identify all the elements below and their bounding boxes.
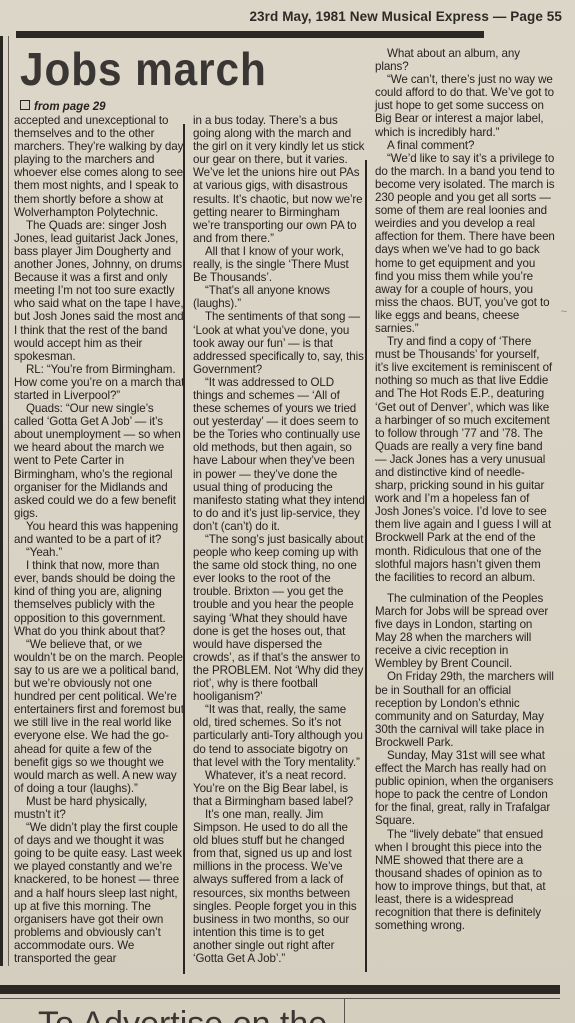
article-paragraph: A final comment? bbox=[375, 139, 555, 152]
article-headline: Jobs march bbox=[20, 44, 342, 94]
next-item-heading: To Advertise on the bbox=[38, 1004, 327, 1023]
article-paragraph: All that I know of your work, really, is… bbox=[193, 245, 365, 284]
article-paragraph: “The song’s just basically about people … bbox=[193, 533, 365, 703]
article-paragraph: “We’d like to say it’s a privilege to do… bbox=[375, 152, 555, 335]
column-divider bbox=[365, 160, 367, 972]
article-paragraph: “It was addressed to OLD things and sche… bbox=[193, 376, 365, 533]
bottom-column-divider bbox=[344, 999, 345, 1023]
continuation-text: from page 29 bbox=[34, 101, 106, 113]
article-paragraph: in a bus today. There’s a bus going alon… bbox=[193, 114, 365, 245]
article-paragraph: “We didn’t play the first couple of days… bbox=[14, 821, 186, 965]
article-paragraph: “It was that, really, the same old, tire… bbox=[193, 703, 365, 768]
margin-pen-mark: ~ bbox=[561, 306, 567, 318]
bottom-thin-rule bbox=[0, 998, 560, 999]
article-paragraph: The “lively debate” that ensued when I b… bbox=[375, 828, 555, 933]
article-paragraph: You heard this was happening and wanted … bbox=[14, 520, 186, 546]
article-paragraph: “We believe that, or we wouldn’t be on t… bbox=[14, 638, 186, 795]
article-column-3: What about an album, any plans?“We can’t… bbox=[375, 47, 555, 932]
running-head: 23rd May, 1981 New Musical Express — Pag… bbox=[190, 9, 562, 24]
article-paragraph: What about an album, any plans? bbox=[375, 47, 555, 73]
article-paragraph: “We can’t, there’s just no way we could … bbox=[375, 73, 555, 138]
article-paragraph: The sentiments of that song — ‘Look at w… bbox=[193, 310, 365, 375]
article-paragraph: I think that now, more than ever, bands … bbox=[14, 559, 186, 638]
article-paragraph: Try and find a copy of ‘There must be Th… bbox=[375, 335, 555, 584]
page-edge-rule bbox=[0, 36, 3, 966]
article-paragraph: Sunday, May 31st will see what effect th… bbox=[375, 749, 555, 828]
column-divider bbox=[183, 124, 185, 974]
article-paragraph: Quads: “Our new single’s called ‘Gotta G… bbox=[14, 402, 186, 520]
article-paragraph: Whatever, it’s a neat record. You’re on … bbox=[193, 769, 365, 808]
article-paragraph: The Quads are: singer Josh Jones, lead g… bbox=[14, 219, 186, 363]
continuation-note: from page 29 bbox=[20, 100, 106, 113]
article-column-1: accepted and unexceptional to themselves… bbox=[14, 114, 186, 965]
article-paragraph: “That’s all anyone knows (laughs).” bbox=[193, 284, 365, 310]
page-edge-thin-rule bbox=[8, 36, 9, 966]
top-rule bbox=[16, 31, 484, 38]
bottom-rule bbox=[0, 985, 560, 994]
article-paragraph: “Yeah.” bbox=[14, 546, 186, 559]
article-paragraph: On Friday 29th, the marchers will be in … bbox=[375, 670, 555, 749]
article-column-2: in a bus today. There’s a bus going alon… bbox=[193, 114, 365, 965]
newspaper-page: 23rd May, 1981 New Musical Express — Pag… bbox=[0, 0, 575, 1023]
article-paragraph: Must be hard physically, mustn’t it? bbox=[14, 795, 186, 821]
square-bullet-icon bbox=[20, 100, 30, 110]
article-paragraph: accepted and unexceptional to themselves… bbox=[14, 114, 186, 219]
article-paragraph: RL: “You’re from Birmingham. How come yo… bbox=[14, 363, 186, 402]
article-paragraph: The culmination of the Peoples March for… bbox=[375, 592, 555, 671]
article-paragraph: It’s one man, really. Jim Simpson. He us… bbox=[193, 808, 365, 965]
